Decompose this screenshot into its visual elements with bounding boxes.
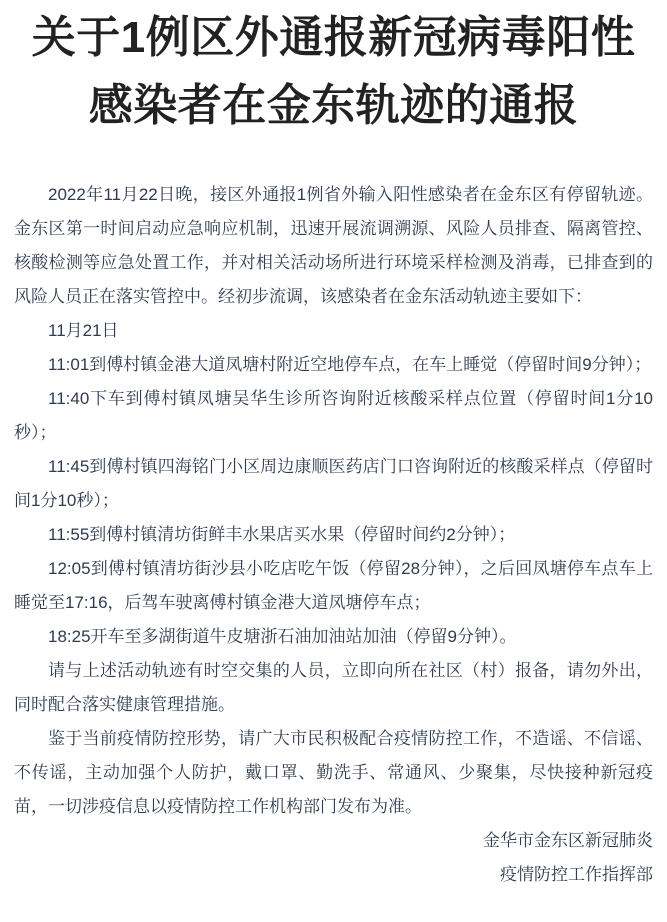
trajectory-item-2: 11:40下车到傅村镇凤塘吴华生诊所咨询附近核酸采样点位置（停留时间1分10秒）… (14, 382, 653, 450)
page-title-line-2: 感染者在金东轨迹的通报 (14, 72, 653, 140)
trajectory-item-3: 11:45到傅村镇四海铭门小区周边康顺医药店门口咨询附近的核酸采样点（停留时间1… (14, 450, 653, 518)
trajectory-item-1: 11:01到傅村镇金港大道凤塘村附近空地停车点，在车上睡觉（停留时间9分钟）； (14, 348, 653, 382)
trajectory-item-5: 12:05到傅村镇清坊街沙县小吃店吃午饭（停留28分钟），之后回凤塘停车点车上睡… (14, 552, 653, 620)
notice-body: 2022年11月22日晚，接区外通报1例省外输入阳性感染者在金东区有停留轨迹。金… (14, 178, 653, 892)
signature-line-1: 金华市金东区新冠肺炎 (14, 824, 653, 858)
trajectory-item-6: 18:25开车至多湖街道牛皮塘浙石油加油站加油（停留9分钟）。 (14, 620, 653, 654)
notice-page: 关于1例区外通报新冠病毒阳性 感染者在金东轨迹的通报 2022年11月22日晚，… (0, 0, 667, 922)
trajectory-date-line: 11月21日 (14, 314, 653, 348)
page-title-line-1: 关于1例区外通报新冠病毒阳性 (14, 4, 653, 72)
signature-line-2: 疫情防控工作指挥部 (14, 858, 653, 892)
intro-paragraph: 2022年11月22日晚，接区外通报1例省外输入阳性感染者在金东区有停留轨迹。金… (14, 178, 653, 314)
trajectory-item-4: 11:55到傅村镇清坊街鲜丰水果店买水果（停留时间约2分钟）； (14, 518, 653, 552)
page-title: 关于1例区外通报新冠病毒阳性 感染者在金东轨迹的通报 (14, 0, 653, 140)
advisory-paragraph: 鉴于当前疫情防控形势，请广大市民积极配合疫情防控工作，不造谣、不信谣、不传谣，主… (14, 722, 653, 824)
report-request-paragraph: 请与上述活动轨迹有时空交集的人员，立即向所在社区（村）报备，请勿外出，同时配合落… (14, 654, 653, 722)
